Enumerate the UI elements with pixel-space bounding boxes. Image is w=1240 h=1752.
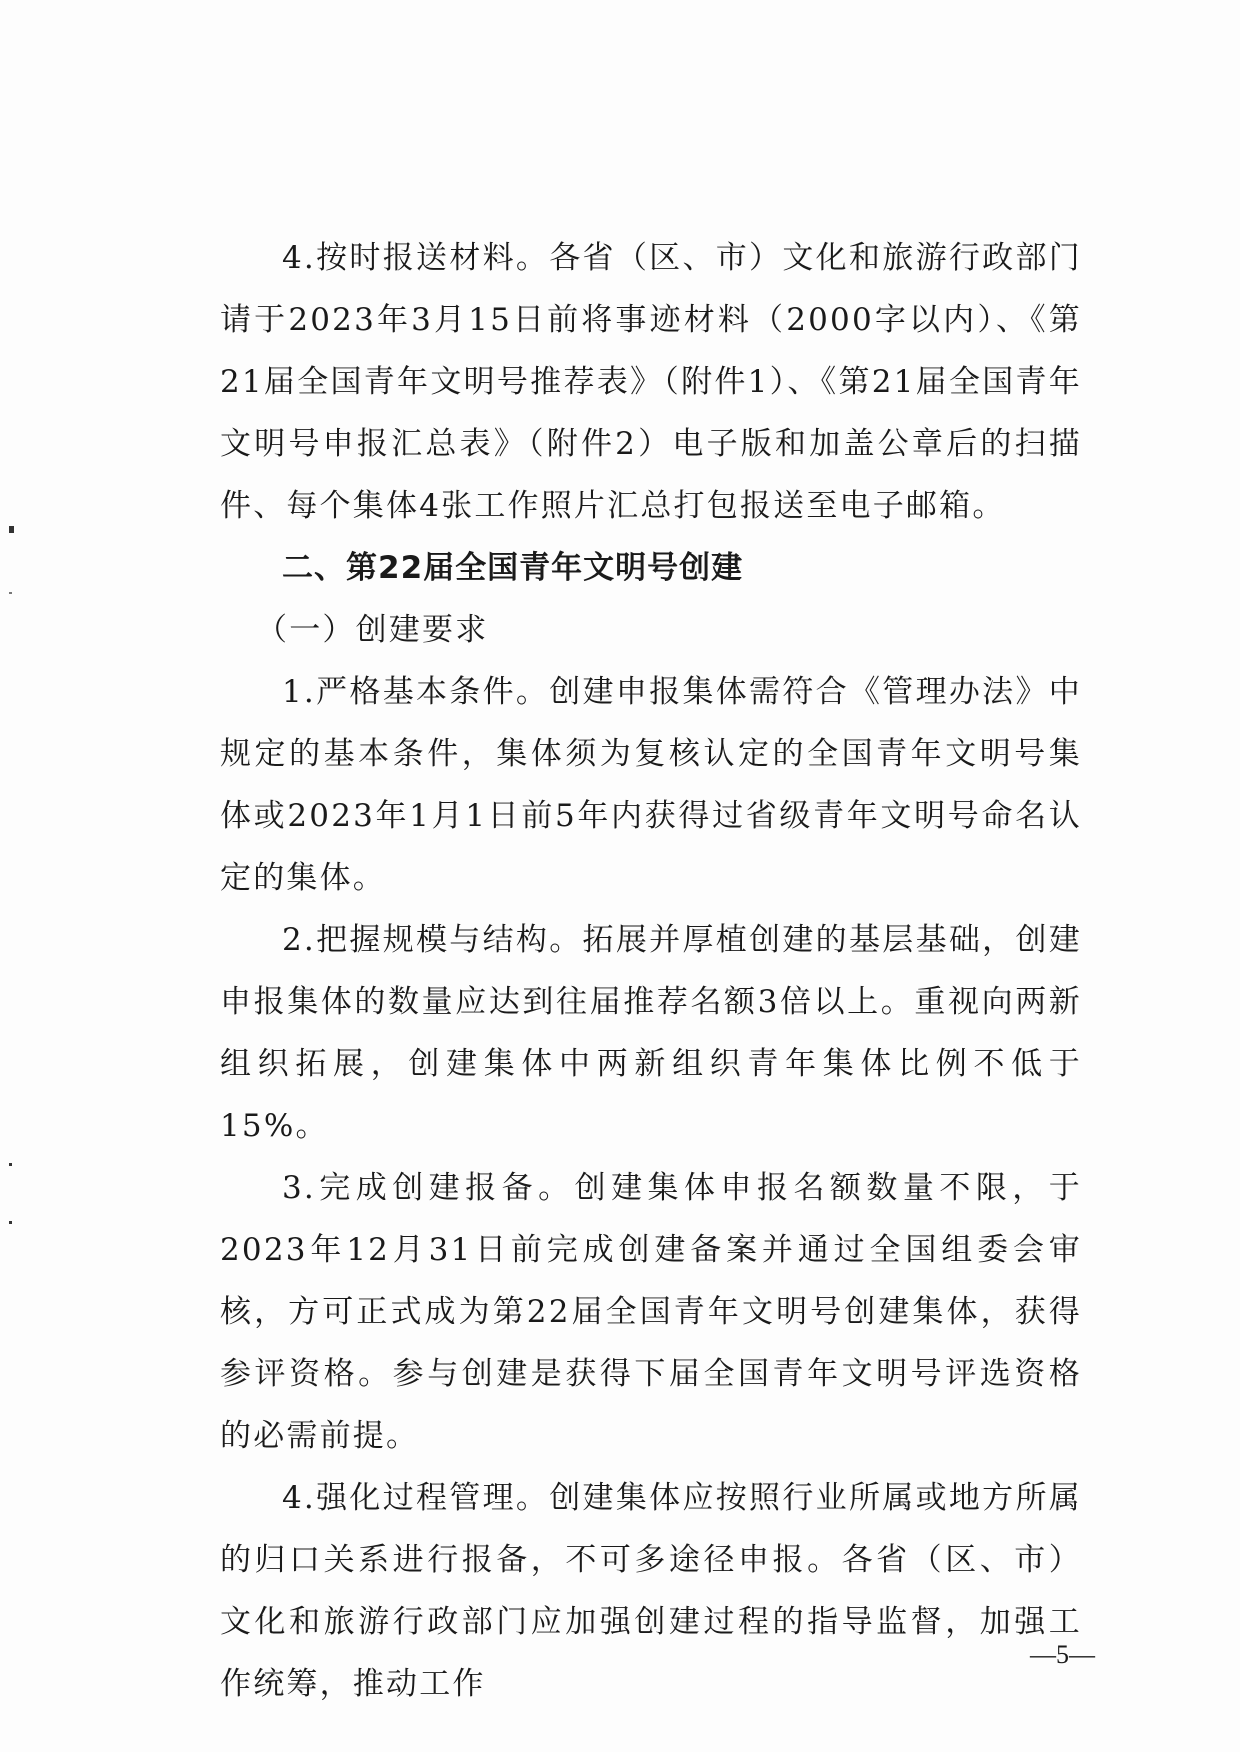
paragraph-scale-structure: 2.把握规模与结构。拓展并厚植创建的基层基础，创建申报集体的数量应达到往届推荐名…	[220, 909, 1082, 1157]
page-number: —5—	[1030, 1640, 1095, 1670]
paragraph-basic-conditions: 1.严格基本条件。创建申报集体需符合《管理办法》中规定的基本条件，集体须为复核认…	[220, 661, 1082, 909]
paragraph-submit-materials: 4.按时报送材料。各省（区、市）文化和旅游行政部门请于2023年3月15日前将事…	[220, 227, 1082, 537]
margin-mark	[9, 1163, 12, 1166]
margin-mark	[9, 592, 12, 594]
document-body: 4.按时报送材料。各省（区、市）文化和旅游行政部门请于2023年3月15日前将事…	[220, 227, 1082, 1715]
paragraph-registration: 3.完成创建报备。创建集体申报名额数量不限，于2023年12月31日前完成创建备…	[220, 1157, 1082, 1467]
document-page: 4.按时报送材料。各省（区、市）文化和旅游行政部门请于2023年3月15日前将事…	[0, 0, 1240, 1752]
margin-mark	[9, 526, 14, 533]
margin-mark	[9, 1221, 12, 1224]
section-heading: 二、第22届全国青年文明号创建	[220, 537, 1082, 599]
paragraph-process-management: 4.强化过程管理。创建集体应按照行业所属或地方所属的归口关系进行报备，不可多途径…	[220, 1467, 1082, 1715]
subsection-heading: （一）创建要求	[220, 599, 1082, 661]
